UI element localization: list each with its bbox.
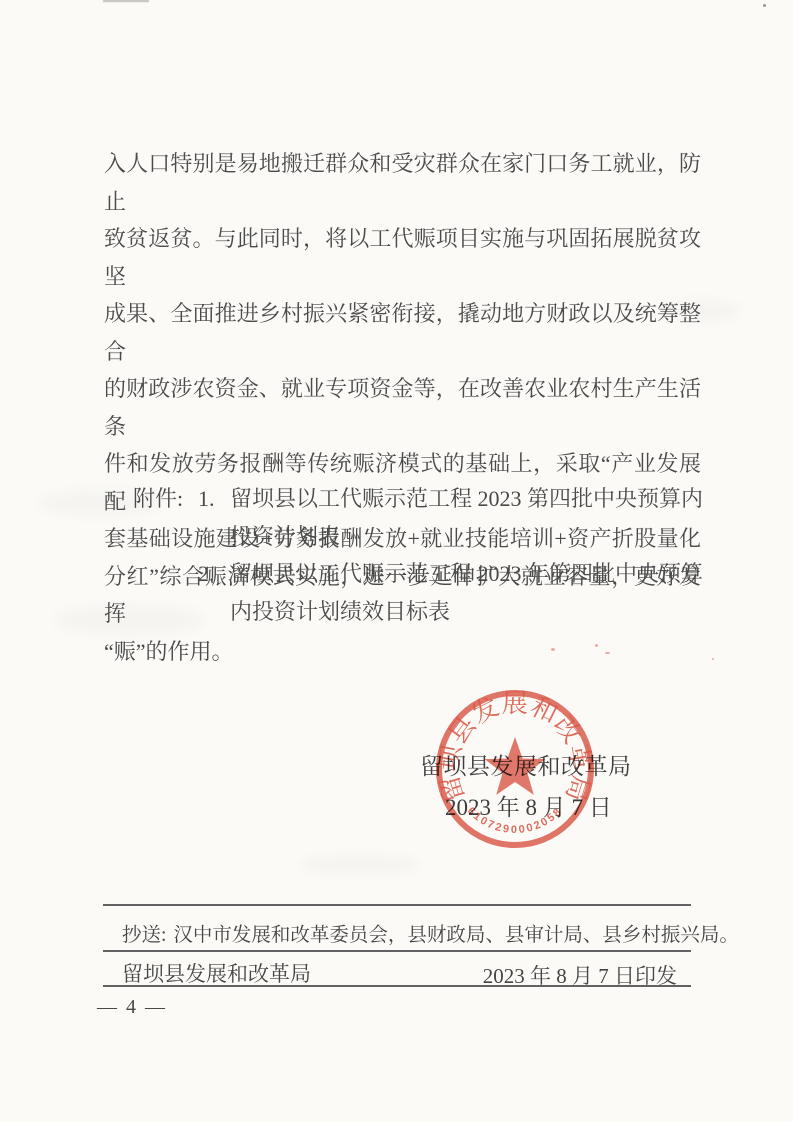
- attachment-item: 附件:1.留坝县以工代赈示范工程 2023 第四批中央预算内: [133, 480, 713, 518]
- separator-rule: [103, 985, 691, 987]
- attachment-item-text: 投资计划表: [133, 518, 713, 556]
- document-page: 入人口特别是易地搬迁群众和受灾群众在家门口务工就业，防止 致贫返贫。与此同时，将…: [0, 0, 793, 1122]
- body-line: 成果、全面推进乡村振兴紧密衔接，撬动地方财政以及统筹整合: [104, 295, 701, 370]
- cc-line: 抄送:汉中市发展和改革委员会，县财政局、县审计局、县乡村振兴局。: [122, 919, 722, 947]
- ink-speck: [712, 658, 714, 660]
- page-number: — 4 —: [97, 996, 167, 1019]
- separator-rule: [103, 950, 691, 952]
- attachment-label: 附件:: [133, 480, 198, 518]
- scan-smudge: [300, 855, 420, 875]
- seal-graphic: 留坝县发展和改革局 6107290002058: [420, 674, 610, 864]
- scan-dot: [763, 4, 766, 7]
- cc-text: 汉中市发展和改革委员会，县财政局、县审计局、县乡村振兴局。: [173, 925, 739, 946]
- attachment-item-text: 留坝县以工代赈示范工程 2023 年第四批中央预算: [230, 561, 703, 586]
- ink-speck: [595, 644, 598, 647]
- attachment-item: 2.留坝县以工代赈示范工程 2023 年第四批中央预算: [133, 555, 713, 593]
- ink-speck: [551, 648, 555, 651]
- attachment-item-text: 内投资计划绩效目标表: [133, 593, 713, 631]
- attachment-item-number: 2.: [198, 555, 230, 593]
- body-line: 致贫返贫。与此同时，将以工代赈项目实施与巩固拓展脱贫攻坚: [104, 220, 701, 295]
- star-icon: [485, 737, 546, 795]
- ink-speck: [605, 652, 610, 654]
- body-line: 的财政涉农资金、就业专项资金等，在改善农业农村生产生活条: [104, 370, 701, 445]
- body-line: “赈”的作用。: [104, 633, 701, 671]
- body-line: 入人口特别是易地搬迁群众和受灾群众在家门口务工就业，防止: [104, 145, 701, 220]
- attachment-item-text: 留坝县以工代赈示范工程 2023 第四批中央预算内: [230, 486, 703, 511]
- separator-rule: [103, 904, 691, 906]
- official-seal: 留坝县发展和改革局 6107290002058: [420, 674, 610, 864]
- scan-smudge: [103, 0, 149, 2]
- attachment-item-number: 1.: [198, 480, 230, 518]
- cc-label: 抄送:: [122, 925, 166, 946]
- attachment-section: 附件:1.留坝县以工代赈示范工程 2023 第四批中央预算内 投资计划表 2.留…: [133, 480, 713, 630]
- seal-code: 6107290002058: [465, 805, 565, 836]
- issuer-name: 留坝县发展和改革局: [122, 958, 311, 988]
